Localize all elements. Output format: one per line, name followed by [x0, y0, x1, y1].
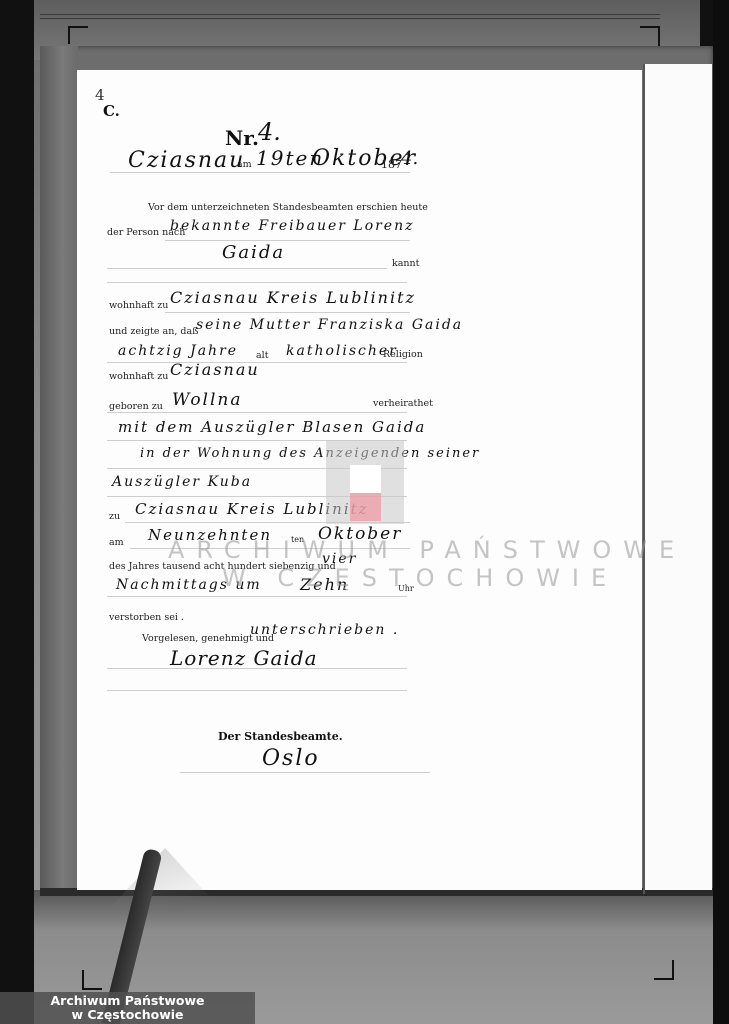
watermark-line-2: W CZĘSTOCHOWIE: [222, 564, 618, 592]
book-spine: [40, 46, 78, 906]
rule: [107, 596, 407, 597]
register-letter: C.: [103, 102, 120, 120]
line-hand: bekannte Freibauer Lorenz: [170, 218, 415, 234]
line-printed-post: kannt: [392, 258, 419, 269]
top-rule: [40, 14, 660, 15]
year-suffix: 4.: [401, 148, 418, 169]
archive-label: Archiwum Państwowe w Częstochowie: [0, 992, 255, 1024]
line-hand: Cziasnau Kreis Lublinitz: [170, 288, 416, 307]
crop-mark-bottom-right: [654, 960, 674, 980]
crop-mark-bottom-left: [82, 970, 102, 990]
archive-label-line-2: w Częstochowie: [0, 1008, 255, 1022]
line-hand: Gaida: [222, 242, 285, 263]
top-rule: [40, 18, 660, 19]
intro-text: Vor dem unterzeichneten Standesbeamten e…: [148, 202, 428, 213]
rule: [107, 668, 407, 669]
line-hand: Wollna: [172, 390, 243, 410]
right-edge: [713, 0, 729, 1024]
line-printed: wohnhaft zu: [109, 300, 168, 311]
line-hand: unterschrieben .: [250, 622, 399, 638]
archive-logo-white-field: [350, 465, 381, 493]
record-number-label: Nr.: [225, 126, 259, 150]
line-printed-post: Religion: [383, 349, 423, 360]
adjacent-page: [644, 64, 712, 890]
informant-signature: Lorenz Gaida: [170, 646, 318, 670]
line-hand: in der Wohnung des Anzeigenden seiner: [140, 446, 480, 461]
archive-label-line-1: Archiwum Państwowe: [0, 994, 255, 1008]
line-printed: verstorben sei .: [109, 612, 184, 623]
page-gutter: [643, 64, 645, 894]
record-number-value: 4.: [258, 118, 281, 146]
rule: [180, 772, 430, 773]
line-hand: Cziasnau: [170, 360, 260, 379]
crop-mark-top-right: [640, 26, 660, 46]
line-printed: geboren zu: [109, 401, 163, 412]
line-hand: Auszügler Kuba: [112, 474, 252, 490]
line-printed-post: verheirathet: [373, 398, 433, 409]
line-printed: zu: [109, 511, 120, 522]
rule: [165, 240, 410, 241]
line-hand: seine Mutter Franziska Gaida: [196, 317, 463, 333]
line-printed: am: [109, 537, 124, 548]
line-hand: achtzig Jahre: [118, 343, 238, 359]
rule: [107, 690, 407, 691]
watermark-line-1: ARCHIWUM PAŃSTWOWE: [168, 536, 686, 564]
registrar-signature: Oslo: [262, 746, 320, 771]
registrar-title: Der Standesbeamte.: [218, 730, 343, 743]
line-hand-2: katholischer: [286, 343, 398, 359]
year-prefix: 187: [381, 158, 402, 171]
line-hand: mit dem Auszügler Blasen Gaida: [118, 418, 426, 436]
am-label: am: [237, 159, 252, 170]
rule: [165, 312, 410, 313]
rule: [107, 412, 407, 413]
line-printed: und zeigte an, daß: [109, 326, 198, 337]
archive-logo-red-field: [350, 493, 381, 521]
record-place: Cziasnau: [128, 148, 245, 173]
rule: [110, 172, 410, 173]
crop-mark-top-left: [68, 26, 88, 44]
rule: [107, 282, 407, 283]
line-printed: wohnhaft zu: [109, 371, 168, 382]
rule: [107, 268, 387, 269]
